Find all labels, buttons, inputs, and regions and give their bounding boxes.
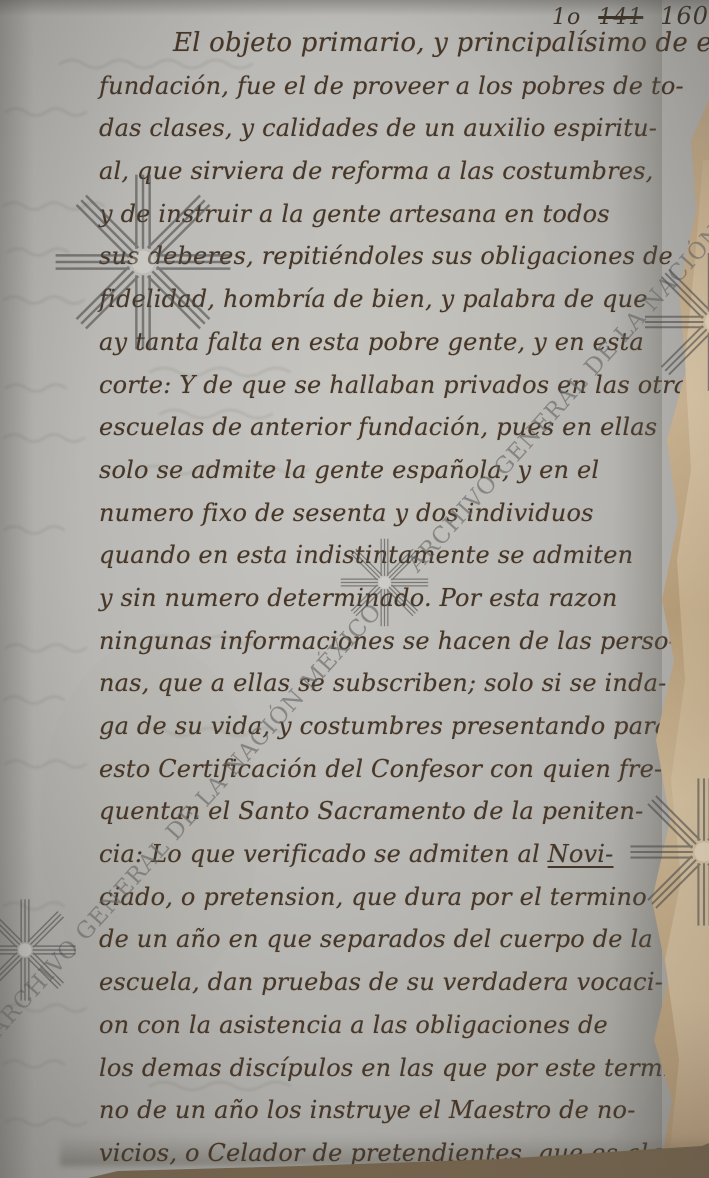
underlined-word-noviciado: Novi- [548,840,614,868]
manuscript-line: sus deberes, repitiéndoles sus obligacio… [99,235,661,278]
manuscript-line-text: esto Certificación del Confesor con quie… [99,755,662,783]
manuscript-line-text: los demas discípulos en las que por este… [99,1054,679,1082]
manuscript-line-text: ga de su vida, y costumbres presentando … [99,712,669,740]
manuscript-line-with-underline: cia: Lo que verificado se admiten al Nov… [99,833,661,876]
manuscript-line-text: y de instruir a la gente artesana en tod… [99,200,610,228]
manuscript-line: solo se admite la gente española, y en e… [99,449,661,492]
manuscript-text-block: El objeto primario, y principalísimo de … [99,22,661,1175]
top-edge-shade [0,0,709,16]
manuscript-line: ga de su vida, y costumbres presentando … [99,705,661,748]
manuscript-line: los demas discípulos en las que por este… [99,1047,661,1090]
manuscript-line-text: quando en esta indistintamente se admite… [99,541,633,569]
manuscript-line: escuela, dan pruebas de su verdadera voc… [99,961,661,1004]
manuscript-line: on con la asistencia a las obligaciones … [99,1004,661,1047]
manuscript-line: ciado, o pretension, que dura por el ter… [99,876,661,919]
manuscript-line: corte: Y de que se hallaban privados en … [99,364,661,407]
archival-photo: { "document_kind": "handwritten manuscri… [0,0,709,1178]
manuscript-line-text: on con la asistencia a las obligaciones … [99,1011,608,1039]
manuscript-line-text: quentan el Santo Sacramento de la penite… [99,797,643,825]
manuscript-line: al, que sirviera de reforma a las costum… [99,150,661,193]
manuscript-line-text: de un año en que separados del cuerpo de… [99,925,653,953]
manuscript-line: ningunas informaciones se hacen de las p… [99,620,661,663]
manuscript-line-text: sus deberes, repitiéndoles sus obligacio… [99,242,673,270]
manuscript-line-text: nas, que a ellas se subscriben; solo si … [99,669,666,697]
manuscript-line: y de instruir a la gente artesana en tod… [99,193,661,236]
manuscript-line: esto Certificación del Confesor con quie… [99,748,661,791]
manuscript-line: numero fixo de sesenta y dos individuos [99,492,661,535]
manuscript-line-text: y sin numero determinado. Por esta razon [99,584,618,612]
manuscript-line: das clases, y calidades de un auxilio es… [99,107,661,150]
manuscript-line: fidelidad, hombría de bien, y palabra de… [99,278,661,321]
manuscript-line: quentan el Santo Sacramento de la penite… [99,790,661,833]
manuscript-line-text: escuelas de anterior fundación, pues en … [99,413,657,441]
manuscript-line-text: al, que sirviera de reforma a las costum… [99,157,654,185]
manuscript-line-text: solo se admite la gente española, y en e… [99,456,599,484]
manuscript-line: y sin numero determinado. Por esta razon [99,577,661,620]
manuscript-line-text: ningunas informaciones se hacen de las p… [99,627,677,655]
page-curve-shade [612,0,662,1178]
manuscript-line-text: ciado, o pretension, que dura por el ter… [99,883,647,911]
manuscript-line-text: ay tanta falta en esta pobre gente, y en… [99,328,644,356]
manuscript-line: de un año en que separados del cuerpo de… [99,918,661,961]
manuscript-line: quando en esta indistintamente se admite… [99,534,661,577]
manuscript-line-text: cia: Lo que verificado se admiten al [99,840,548,868]
manuscript-line-text: das clases, y calidades de un auxilio es… [99,114,657,142]
manuscript-line: nas, que a ellas se subscriben; solo si … [99,662,661,705]
manuscript-line-text: no de un año los instruye el Maestro de … [99,1096,636,1124]
manuscript-line-text: escuela, dan pruebas de su verdadera voc… [99,968,663,996]
manuscript-line: escuelas de anterior fundación, pues en … [99,406,661,449]
manuscript-line-text: fidelidad, hombría de bien, y palabra de… [99,285,648,313]
bottom-edge-shadow [60,1136,709,1166]
manuscript-line-text: fundación, fue el de proveer a los pobre… [99,72,684,100]
manuscript-line-text: corte: Y de que se hallaban privados en … [99,371,701,399]
manuscript-line-text: numero fixo de sesenta y dos individuos [99,499,594,527]
left-edge-shade [0,0,34,1178]
manuscript-line: no de un año los instruye el Maestro de … [99,1089,661,1132]
manuscript-line: ay tanta falta en esta pobre gente, y en… [99,321,661,364]
manuscript-line: fundación, fue el de proveer a los pobre… [99,65,661,108]
